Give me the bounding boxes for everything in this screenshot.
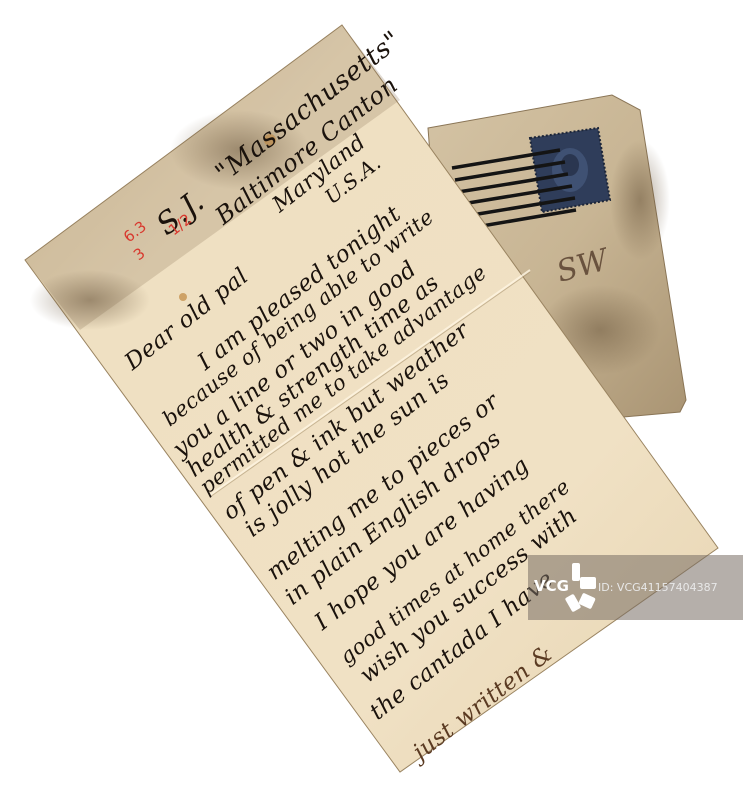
vcg-logo-icon: VCG [528,555,598,620]
watermark-id: ID: VCG41157404387 [598,581,718,594]
watermark-logo-text: VCG [534,577,569,595]
stock-watermark: VCG ID: VCG41157404387 [528,555,743,620]
